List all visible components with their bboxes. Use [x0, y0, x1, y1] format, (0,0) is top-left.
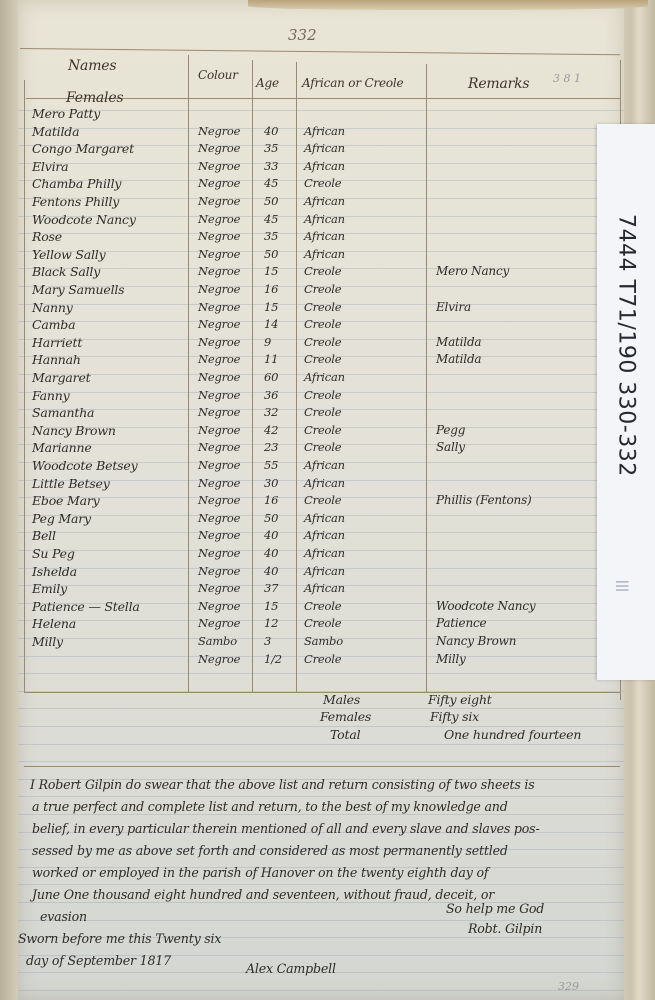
row-origin: Creole [304, 300, 341, 314]
row-origin: African [304, 581, 345, 595]
row-name: Emily [32, 581, 67, 596]
campbell-signature: Alex Campbell [246, 958, 336, 980]
row-name: Matilda [32, 124, 79, 139]
row-origin: Creole [304, 493, 341, 507]
row-age: 35 [264, 141, 278, 155]
row-colour: Negroe [198, 300, 240, 314]
header-african-or-creole: African or Creole [302, 76, 403, 90]
row-colour: Negroe [198, 388, 240, 402]
row-name: Harriett [32, 335, 82, 350]
oath-line-2: a true perfect and complete list and ret… [32, 796, 508, 818]
row-colour: Negroe [198, 528, 240, 542]
row-name: Black Sally [32, 264, 100, 279]
row-name: Helena [32, 616, 76, 631]
totals-total-value: One hundred fourteen [444, 727, 581, 742]
row-age: 35 [264, 229, 278, 243]
row-age: 50 [264, 194, 278, 208]
row-colour: Negroe [198, 264, 240, 278]
row-colour: Negroe [198, 141, 240, 155]
row-origin: African [304, 476, 345, 490]
col-divider-names [188, 55, 189, 692]
row-remark: Milly [436, 652, 466, 666]
row-origin: African [304, 124, 345, 138]
col-divider-age [296, 62, 297, 692]
top-fold [248, 0, 648, 10]
row-origin: Creole [304, 440, 341, 454]
row-origin: Sambo [304, 634, 343, 648]
row-origin: African [304, 511, 345, 525]
oath-line-5: worked or employed in the parish of Hano… [32, 862, 488, 884]
row-remark: Matilda [436, 335, 481, 349]
row-name: Milly [32, 634, 63, 649]
archive-tally-marks: ||| [616, 580, 630, 592]
register-page: 332 3 8 1 329 Names Colour Age African o… [18, 0, 624, 1000]
col-divider-colour [252, 60, 253, 692]
row-name: Su Peg [32, 546, 75, 561]
row-name: Ishelda [32, 564, 77, 579]
sworn-line-1: Sworn before me this Twenty six [18, 928, 221, 950]
section-females: Females [66, 90, 123, 106]
row-origin: African [304, 528, 345, 542]
header-names: Names [68, 58, 116, 74]
archive-reference-label: 7444 T71/190 330-332 ||| [597, 124, 655, 680]
row-colour: Negroe [198, 458, 240, 472]
sworn-line-2: day of September 1817 [26, 950, 171, 972]
row-age: 23 [264, 440, 278, 454]
pencil-note-footer: 329 [558, 980, 579, 993]
ruled-line [18, 990, 624, 991]
row-colour: Negroe [198, 616, 240, 630]
row-origin: African [304, 212, 345, 226]
oath-line-4: sessed by me as above set forth and cons… [32, 840, 508, 862]
archive-reference-text: 7444 T71/190 330-332 [614, 214, 639, 477]
row-age: 33 [264, 159, 278, 173]
gilpin-signature: Robt. Gilpin [468, 918, 542, 940]
row-age: 50 [264, 247, 278, 261]
row-colour: Negroe [198, 212, 240, 226]
left-margin-line [24, 80, 25, 692]
row-name: Nancy Brown [32, 423, 116, 438]
row-age: 14 [264, 317, 278, 331]
oath-closing: So help me God [446, 898, 544, 920]
row-colour: Negroe [198, 599, 240, 613]
row-age: 30 [264, 476, 278, 490]
row-name: Woodcote Betsey [32, 458, 137, 473]
row-name: Eboe Mary [32, 493, 100, 508]
row-age: 40 [264, 546, 278, 560]
row-name: Elvira [32, 159, 68, 174]
row-name: Little Betsey [32, 476, 110, 491]
row-colour: Negroe [198, 493, 240, 507]
row-remark: Matilda [436, 352, 481, 366]
oath-line-7: evasion [40, 906, 87, 928]
ruled-line [18, 761, 624, 762]
row-origin: Creole [304, 176, 341, 190]
row-colour: Negroe [198, 317, 240, 331]
row-colour: Negroe [198, 247, 240, 261]
row-colour: Negroe [198, 335, 240, 349]
row-age: 45 [264, 212, 278, 226]
row-remark: Woodcote Nancy [436, 599, 535, 613]
row-age: 15 [264, 300, 278, 314]
totals-males-value: Fifty eight [428, 692, 492, 707]
header-colour: Colour [198, 68, 238, 82]
row-name: Camba [32, 317, 75, 332]
row-origin: Creole [304, 616, 341, 630]
row-age: 45 [264, 176, 278, 190]
row-colour: Sambo [198, 634, 237, 648]
row-age: 42 [264, 423, 278, 437]
row-name: Fentons Philly [32, 194, 119, 209]
row-origin: Creole [304, 335, 341, 349]
row-name: Yellow Sally [32, 247, 105, 262]
row-origin: African [304, 194, 345, 208]
row-age: 37 [264, 581, 278, 595]
row-origin: Creole [304, 405, 341, 419]
row-age: 12 [264, 616, 278, 630]
totals-males-label: Males [323, 692, 360, 707]
row-origin: African [304, 546, 345, 560]
row-age: 32 [264, 405, 278, 419]
row-origin: Creole [304, 317, 341, 331]
table-bottom-rule [24, 692, 620, 693]
row-origin: African [304, 159, 345, 173]
row-age: 40 [264, 124, 278, 138]
row-age: 3 [264, 634, 271, 648]
row-name: Woodcote Nancy [32, 212, 136, 227]
row-origin: African [304, 564, 345, 578]
row-age: 50 [264, 511, 278, 525]
row-name: Marianne [32, 440, 92, 455]
row-colour: Negroe [198, 176, 240, 190]
row-origin: Creole [304, 388, 341, 402]
pencil-note-header: 3 8 1 [553, 72, 581, 85]
row-age: 16 [264, 493, 278, 507]
row-name: Chamba Philly [32, 176, 121, 191]
row-name: Nanny [32, 300, 73, 315]
row-origin: Creole [304, 423, 341, 437]
ruled-line [18, 744, 624, 745]
row-remark: Patience [436, 616, 486, 630]
row-age: 1/2 [264, 652, 282, 666]
row-colour: Negroe [198, 370, 240, 384]
row-colour: Negroe [198, 352, 240, 366]
totals-females-label: Females [320, 709, 371, 724]
row-colour: Negroe [198, 564, 240, 578]
row-name: Hannah [32, 352, 81, 367]
row-remark: Nancy Brown [436, 634, 516, 648]
row-origin: African [304, 229, 345, 243]
row-age: 11 [264, 352, 278, 366]
row-origin: African [304, 247, 345, 261]
row-origin: African [304, 370, 345, 384]
header-remarks: Remarks [468, 76, 529, 92]
row-age: 55 [264, 458, 278, 472]
row-origin: Creole [304, 282, 341, 296]
row-colour: Negroe [198, 229, 240, 243]
row-name: Peg Mary [32, 511, 91, 526]
row-age: 60 [264, 370, 278, 384]
row-age: 40 [264, 528, 278, 542]
row-colour: Negroe [198, 440, 240, 454]
row-name: Bell [32, 528, 56, 543]
header-age: Age [256, 76, 279, 90]
row-colour: Negroe [198, 124, 240, 138]
row-colour: Negroe [198, 476, 240, 490]
row-origin: Creole [304, 264, 341, 278]
row-remark: Phillis (Fentons) [436, 493, 532, 507]
row-colour: Negroe [198, 581, 240, 595]
row-age: 40 [264, 564, 278, 578]
row-colour: Negroe [198, 652, 240, 666]
row-remark: Elvira [436, 300, 471, 314]
row-origin: African [304, 141, 345, 155]
row-name: Fanny [32, 388, 69, 403]
ruled-line [18, 673, 624, 674]
row-origin: Creole [304, 599, 341, 613]
row-age: 15 [264, 599, 278, 613]
ruled-line [18, 110, 624, 111]
row-age: 16 [264, 282, 278, 296]
row-remark: Mero Nancy [436, 264, 509, 278]
row-colour: Negroe [198, 546, 240, 560]
row-age: 15 [264, 264, 278, 278]
row-name: Congo Margaret [32, 141, 134, 156]
totals-total-label: Total [330, 727, 360, 742]
oath-line-6: June One thousand eight hundred and seve… [32, 884, 494, 906]
row-remark: Pegg [436, 423, 465, 437]
col-divider-origin [426, 64, 427, 692]
row-colour: Negroe [198, 159, 240, 173]
oath-line-1: I Robert Gilpin do swear that the above … [30, 774, 535, 796]
top-rule [20, 48, 620, 55]
row-name: Mero Patty [32, 106, 100, 121]
row-origin: Creole [304, 352, 341, 366]
row-colour: Negroe [198, 511, 240, 525]
row-origin: Creole [304, 652, 341, 666]
totals-bottom-rule [24, 766, 620, 767]
row-name: Mary Samuells [32, 282, 124, 297]
row-name: Rose [32, 229, 62, 244]
row-remark: Sally [436, 440, 465, 454]
row-colour: Negroe [198, 405, 240, 419]
row-colour: Negroe [198, 423, 240, 437]
row-name: Patience — Stella [32, 599, 140, 614]
totals-females-value: Fifty six [430, 709, 479, 724]
row-age: 36 [264, 388, 278, 402]
row-origin: African [304, 458, 345, 472]
row-name: Samantha [32, 405, 94, 420]
row-colour: Negroe [198, 194, 240, 208]
folio-number: 332 [288, 26, 317, 44]
oath-line-3: belief, in every particular therein ment… [32, 818, 540, 840]
row-name: Margaret [32, 370, 90, 385]
row-age: 9 [264, 335, 271, 349]
row-colour: Negroe [198, 282, 240, 296]
